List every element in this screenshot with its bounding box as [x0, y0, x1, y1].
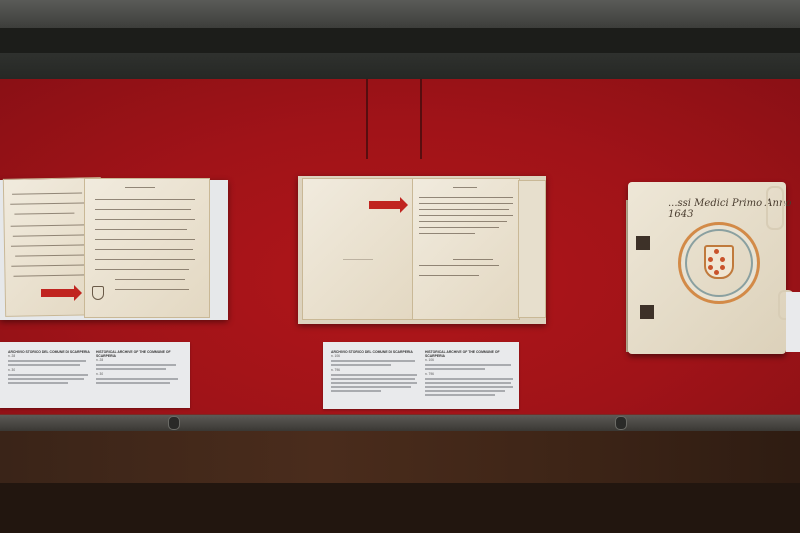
medici-ball [708, 257, 713, 262]
case-frame-top [0, 0, 800, 28]
case-frame-shadow-band [0, 28, 800, 53]
medici-ball [708, 265, 713, 270]
caption-item-number: n. 30 [8, 368, 15, 372]
red-pointer-arrow-left [41, 289, 75, 297]
caption-heading-italian: ARCHIVIO STORICO DEL COMUNE DI SCARPERIA [8, 350, 90, 354]
medici-ball [714, 249, 719, 254]
caption-card-left: ARCHIVIO STORICO DEL COMUNE DI SCARPERIA… [0, 342, 190, 408]
leather-tie [766, 186, 784, 230]
caption-item-number: n. 796 [331, 368, 340, 372]
caption-item-number: n. 796 [425, 372, 434, 376]
caption-item-number: n. 106 [425, 358, 434, 362]
medici-coat-of-arms-icon [704, 245, 734, 279]
glass-seam [420, 79, 422, 159]
parquet-floor [0, 483, 800, 533]
case-front-rail [0, 414, 800, 432]
caption-heading-english: HISTORICAL ARCHIVE OF THE COMMUNE OF SCA… [425, 350, 513, 358]
spine-label [640, 305, 654, 319]
medici-ball [720, 265, 725, 270]
caption-heading-italian: ARCHIVIO STORICO DEL COMUNE DI SCARPERIA [331, 350, 417, 354]
case-frame-inner-band [0, 53, 800, 79]
caption-card-center: ARCHIVIO STORICO DEL COMUNE DI SCARPERIA… [323, 342, 519, 409]
spine-label [636, 236, 650, 250]
medici-ball [714, 270, 719, 275]
wooden-cabinet-base [0, 431, 800, 483]
caption-heading-english: HISTORICAL ARCHIVE OF THE COMMUNE OF SCA… [96, 350, 182, 358]
manuscript-center-page-right [412, 178, 520, 320]
small-white-card [786, 292, 800, 352]
caption-item-number: n. 28 [96, 358, 103, 362]
caption-item-number: n. 106 [331, 354, 340, 358]
caption-item-number: n. 30 [96, 372, 103, 376]
manuscript-center-fold [518, 180, 546, 318]
lock-knob [615, 416, 627, 430]
glass-seam [366, 79, 368, 159]
medici-ball [720, 257, 725, 262]
caption-item-number: n. 28 [8, 354, 15, 358]
red-pointer-arrow-center [369, 201, 401, 209]
manuscript-center-page-left [302, 178, 414, 320]
shield-emblem-icon [92, 286, 104, 300]
lock-knob [168, 416, 180, 430]
